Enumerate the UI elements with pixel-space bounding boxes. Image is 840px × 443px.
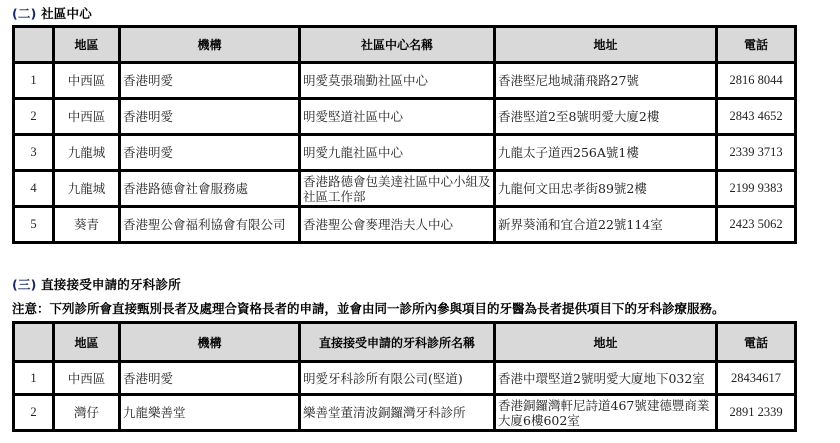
row-number: 1 — [14, 63, 54, 99]
district-cell: 葵青 — [54, 207, 120, 243]
address-cell: 香港銅鑼灣軒尼詩道467號建德豐商業大廈6樓602室 — [495, 395, 717, 431]
col-header-address: 地址 — [495, 27, 717, 63]
section3-heading: (三) 直接接受申請的牙科診所 — [12, 275, 181, 293]
organisation-cell: 香港明愛 — [120, 362, 300, 395]
row-number: 5 — [14, 207, 54, 243]
table-row: 3 九龍城 香港明愛 明愛九龍社區中心 九龍太子道西256A號1樓 2339 3… — [14, 135, 796, 171]
organisation-cell: 香港明愛 — [120, 135, 300, 171]
section3-number: (三) — [12, 277, 37, 292]
centre-name-cell: 香港路德會包美達社區中心小組及社區工作部 — [300, 171, 495, 207]
district-cell: 九龍城 — [54, 171, 120, 207]
clinic-name-cell: 樂善堂董清波銅鑼灣牙科診所 — [300, 395, 495, 431]
row-number: 1 — [14, 362, 54, 395]
col-header-clinic-name: 直接接受申請的牙科診所名稱 — [300, 323, 495, 362]
phone-cell: 2339 3713 — [717, 135, 796, 171]
section2-heading: (二) 社區中心 — [12, 4, 92, 22]
district-cell: 灣仔 — [54, 395, 120, 431]
address-cell: 九龍太子道西256A號1樓 — [495, 135, 717, 171]
district-cell: 中西區 — [54, 362, 120, 395]
address-cell: 新界葵涌和宜合道22號114室 — [495, 207, 717, 243]
col-header-centre-name: 社區中心名稱 — [300, 27, 495, 63]
col-header-phone: 電話 — [717, 323, 796, 362]
centre-name-cell: 香港聖公會麥理浩夫人中心 — [300, 207, 495, 243]
organisation-cell: 香港明愛 — [120, 63, 300, 99]
district-cell: 中西區 — [54, 99, 120, 135]
col-header-organisation: 機構 — [120, 323, 300, 362]
address-cell: 九龍何文田忠孝街89號2樓 — [495, 171, 717, 207]
district-cell: 中西區 — [54, 63, 120, 99]
district-cell: 九龍城 — [54, 135, 120, 171]
phone-cell: 2199 9383 — [717, 171, 796, 207]
section3-note: 注意：下列診所會直接甄別長者及處理合資格長者的申請，並會由同一診所內參與項目的牙… — [12, 299, 725, 317]
phone-cell: 28434617 — [717, 362, 796, 395]
section2-title: 社區中心 — [41, 6, 92, 21]
organisation-cell: 香港聖公會福利協會有限公司 — [120, 207, 300, 243]
phone-cell: 2423 5062 — [717, 207, 796, 243]
col-header-index — [14, 323, 54, 362]
dental-clinics-table: 地區 機構 直接接受申請的牙科診所名稱 地址 電話 1 中西區 香港明愛 明愛牙… — [12, 321, 797, 432]
col-header-organisation: 機構 — [120, 27, 300, 63]
organisation-cell: 九龍樂善堂 — [120, 395, 300, 431]
row-number: 3 — [14, 135, 54, 171]
col-header-phone: 電話 — [717, 27, 796, 63]
row-number: 4 — [14, 171, 54, 207]
table-row: 1 中西區 香港明愛 明愛莫張瑞勤社區中心 香港堅尼地城蒲飛路27號 2816 … — [14, 63, 796, 99]
table-row: 2 灣仔 九龍樂善堂 樂善堂董清波銅鑼灣牙科診所 香港銅鑼灣軒尼詩道467號建德… — [14, 395, 796, 431]
row-number: 2 — [14, 99, 54, 135]
table-row: 5 葵青 香港聖公會福利協會有限公司 香港聖公會麥理浩夫人中心 新界葵涌和宜合道… — [14, 207, 796, 243]
col-header-index — [14, 27, 54, 63]
table-header-row: 地區 機構 直接接受申請的牙科診所名稱 地址 電話 — [14, 323, 796, 362]
address-cell: 香港中環堅道2號明愛大廈地下032室 — [495, 362, 717, 395]
phone-cell: 2891 2339 — [717, 395, 796, 431]
table-row: 1 中西區 香港明愛 明愛牙科診所有限公司(堅道) 香港中環堅道2號明愛大廈地下… — [14, 362, 796, 395]
col-header-district: 地區 — [54, 27, 120, 63]
centre-name-cell: 明愛莫張瑞勤社區中心 — [300, 63, 495, 99]
phone-cell: 2816 8044 — [717, 63, 796, 99]
section3-title: 直接接受申請的牙科診所 — [41, 277, 181, 292]
table-header-row: 地區 機構 社區中心名稱 地址 電話 — [14, 27, 796, 63]
row-number: 2 — [14, 395, 54, 431]
centre-name-cell: 明愛九龍社區中心 — [300, 135, 495, 171]
community-centres-table: 地區 機構 社區中心名稱 地址 電話 1 中西區 香港明愛 明愛莫張瑞勤社區中心… — [12, 25, 797, 244]
section2-number: (二) — [12, 6, 37, 21]
address-cell: 香港堅道2至8號明愛大廈2樓 — [495, 99, 717, 135]
centre-name-cell: 明愛堅道社區中心 — [300, 99, 495, 135]
col-header-district: 地區 — [54, 323, 120, 362]
clinic-name-cell: 明愛牙科診所有限公司(堅道) — [300, 362, 495, 395]
organisation-cell: 香港明愛 — [120, 99, 300, 135]
address-cell: 香港堅尼地城蒲飛路27號 — [495, 63, 717, 99]
table-row: 2 中西區 香港明愛 明愛堅道社區中心 香港堅道2至8號明愛大廈2樓 2843 … — [14, 99, 796, 135]
table-row: 4 九龍城 香港路德會社會服務處 香港路德會包美達社區中心小組及社區工作部 九龍… — [14, 171, 796, 207]
col-header-address: 地址 — [495, 323, 717, 362]
organisation-cell: 香港路德會社會服務處 — [120, 171, 300, 207]
phone-cell: 2843 4652 — [717, 99, 796, 135]
